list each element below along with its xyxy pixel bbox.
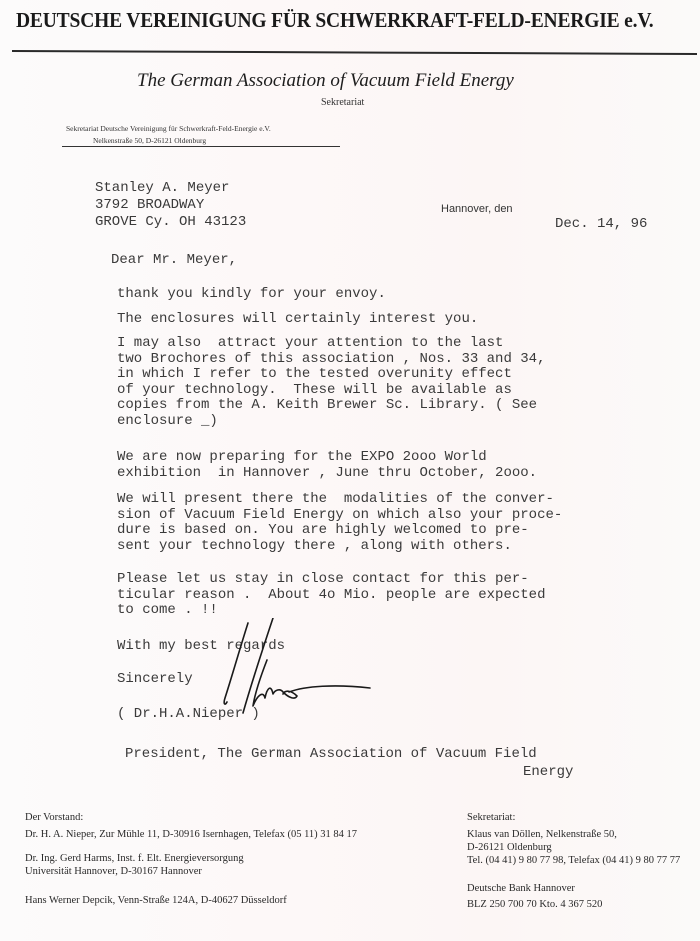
org-name-english: The German Association of Vacuum Field E… bbox=[137, 70, 514, 92]
board-member: Hans Werner Depcik, Venn-Straße 124A, D-… bbox=[25, 895, 287, 906]
paragraph: We will present there the modalities of … bbox=[117, 492, 562, 554]
paragraph: Please let us stay in close contact for … bbox=[117, 572, 545, 619]
paragraph: The enclosures will certainly interest y… bbox=[117, 312, 478, 328]
board-member-address: Universität Hannover, D-30167 Hannover bbox=[25, 866, 202, 877]
return-address-line2: Nelkenstraße 50, D-26121 Oldenburg bbox=[93, 136, 206, 145]
recipient-city: GROVE Cy. OH 43123 bbox=[95, 214, 246, 230]
department-label: Sekretariat bbox=[321, 97, 364, 108]
signer-title-continued: Energy bbox=[523, 764, 573, 780]
bank-name: Deutsche Bank Hannover bbox=[467, 883, 575, 894]
recipient-name: Stanley A. Meyer bbox=[95, 180, 229, 196]
board-member: Dr. Ing. Gerd Harms, Inst. f. Elt. Energ… bbox=[25, 853, 244, 864]
handwritten-signature bbox=[205, 618, 380, 723]
signer-title: President, The German Association of Vac… bbox=[125, 746, 537, 762]
return-address-rule bbox=[62, 146, 340, 147]
salutation: Dear Mr. Meyer, bbox=[111, 252, 237, 268]
board-member: Dr. H. A. Nieper, Zur Mühle 11, D-30916 … bbox=[25, 829, 357, 840]
closing-sincerely: Sincerely bbox=[117, 671, 193, 687]
org-name-german: DEUTSCHE VEREINIGUNG FÜR SCHWERKRAFT-FEL… bbox=[16, 8, 653, 33]
dateline-place: Hannover, den bbox=[441, 203, 513, 215]
return-address-line1: Sekretariat Deutsche Vereinigung für Sch… bbox=[66, 124, 271, 133]
recipient-street: 3792 BROADWAY bbox=[95, 197, 204, 213]
secretariat-phone: Tel. (04 41) 9 80 77 98, Telefax (04 41)… bbox=[467, 855, 680, 866]
board-label: Der Vorstand: bbox=[25, 812, 83, 823]
secretariat-city: D-26121 Oldenburg bbox=[467, 842, 552, 853]
header-rule bbox=[12, 50, 697, 55]
paragraph: I may also attract your attention to the… bbox=[117, 336, 545, 429]
secretariat-address: Klaus van Döllen, Nelkenstraße 50, bbox=[467, 829, 617, 840]
paragraph: thank you kindly for your envoy. bbox=[117, 287, 386, 303]
bank-account: BLZ 250 700 70 Kto. 4 367 520 bbox=[467, 899, 602, 910]
letter-date: Dec. 14, 96 bbox=[555, 216, 647, 232]
secretariat-label: Sekretariat: bbox=[467, 812, 515, 823]
paragraph: We are now preparing for the EXPO 2ooo W… bbox=[117, 450, 537, 481]
letter-page: DEUTSCHE VEREINIGUNG FÜR SCHWERKRAFT-FEL… bbox=[0, 0, 700, 941]
